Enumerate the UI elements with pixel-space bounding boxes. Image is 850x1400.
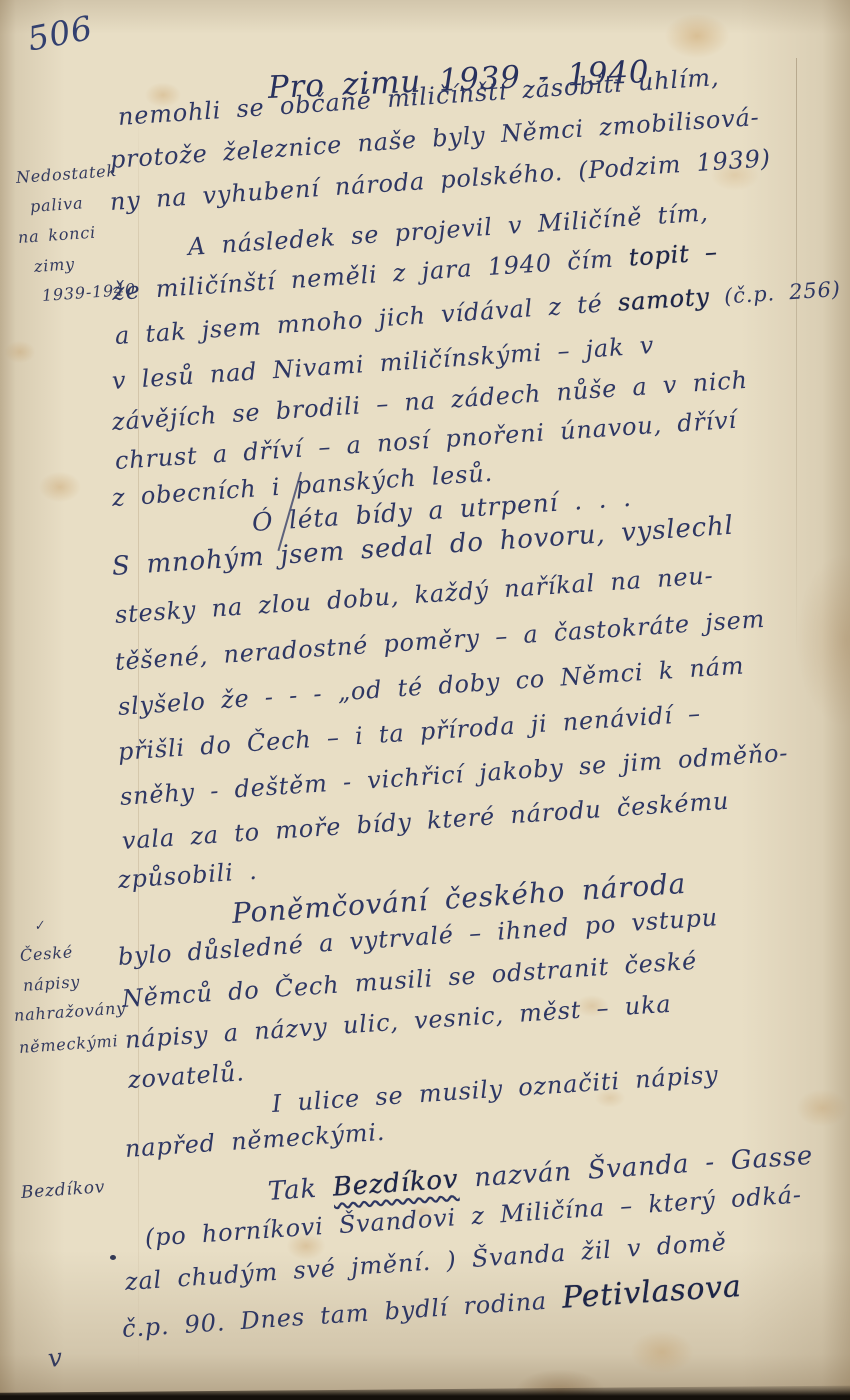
- right-crease-line: [796, 58, 797, 658]
- handwritten-line: způsobili .: [117, 857, 258, 894]
- handwritten-line: napřed německými.: [124, 1118, 386, 1163]
- inline-house-number: (č.p. 256): [709, 277, 841, 310]
- margin-note-fuel-line: Nedostatek: [15, 161, 117, 187]
- page-number: 506: [24, 8, 96, 59]
- bottom-checkmark: v: [46, 1343, 64, 1373]
- margin-checkmark: ✓: [32, 918, 47, 935]
- margin-note-signs-line: České: [19, 942, 73, 965]
- margin-note-fuel-line: zimy: [33, 254, 75, 276]
- margin-note-signs-line: nahražovány: [13, 998, 126, 1025]
- manuscript-page: 506 Pro zimu 1939 - 1940 Nedostatek pali…: [0, 0, 850, 1400]
- emphasized-word: topit –: [628, 238, 719, 272]
- line-text: č.p. 90. Dnes tam bydlí rodina: [121, 1286, 563, 1343]
- margin-note-fuel-line: na konci: [17, 223, 96, 247]
- margin-note-fuel-line: paliva: [29, 193, 84, 216]
- line-text: Tak: [267, 1173, 334, 1207]
- margin-note-bezdikov: Bezdíkov: [20, 1177, 106, 1203]
- margin-note-signs-line: německými: [18, 1031, 119, 1057]
- handwritten-line: zovatelů.: [127, 1058, 245, 1094]
- page-bottom-shadow: [0, 1384, 850, 1400]
- underlined-place-name: Bezdíkov: [332, 1164, 459, 1202]
- handwritten-line: I ulice se musily označiti nápisy: [271, 1060, 719, 1118]
- ink-dot: [110, 1255, 116, 1260]
- family-name: Petivlasova: [561, 1269, 743, 1316]
- margin-note-signs-line: nápisy: [22, 972, 80, 995]
- emphasized-word: samoty: [617, 283, 710, 317]
